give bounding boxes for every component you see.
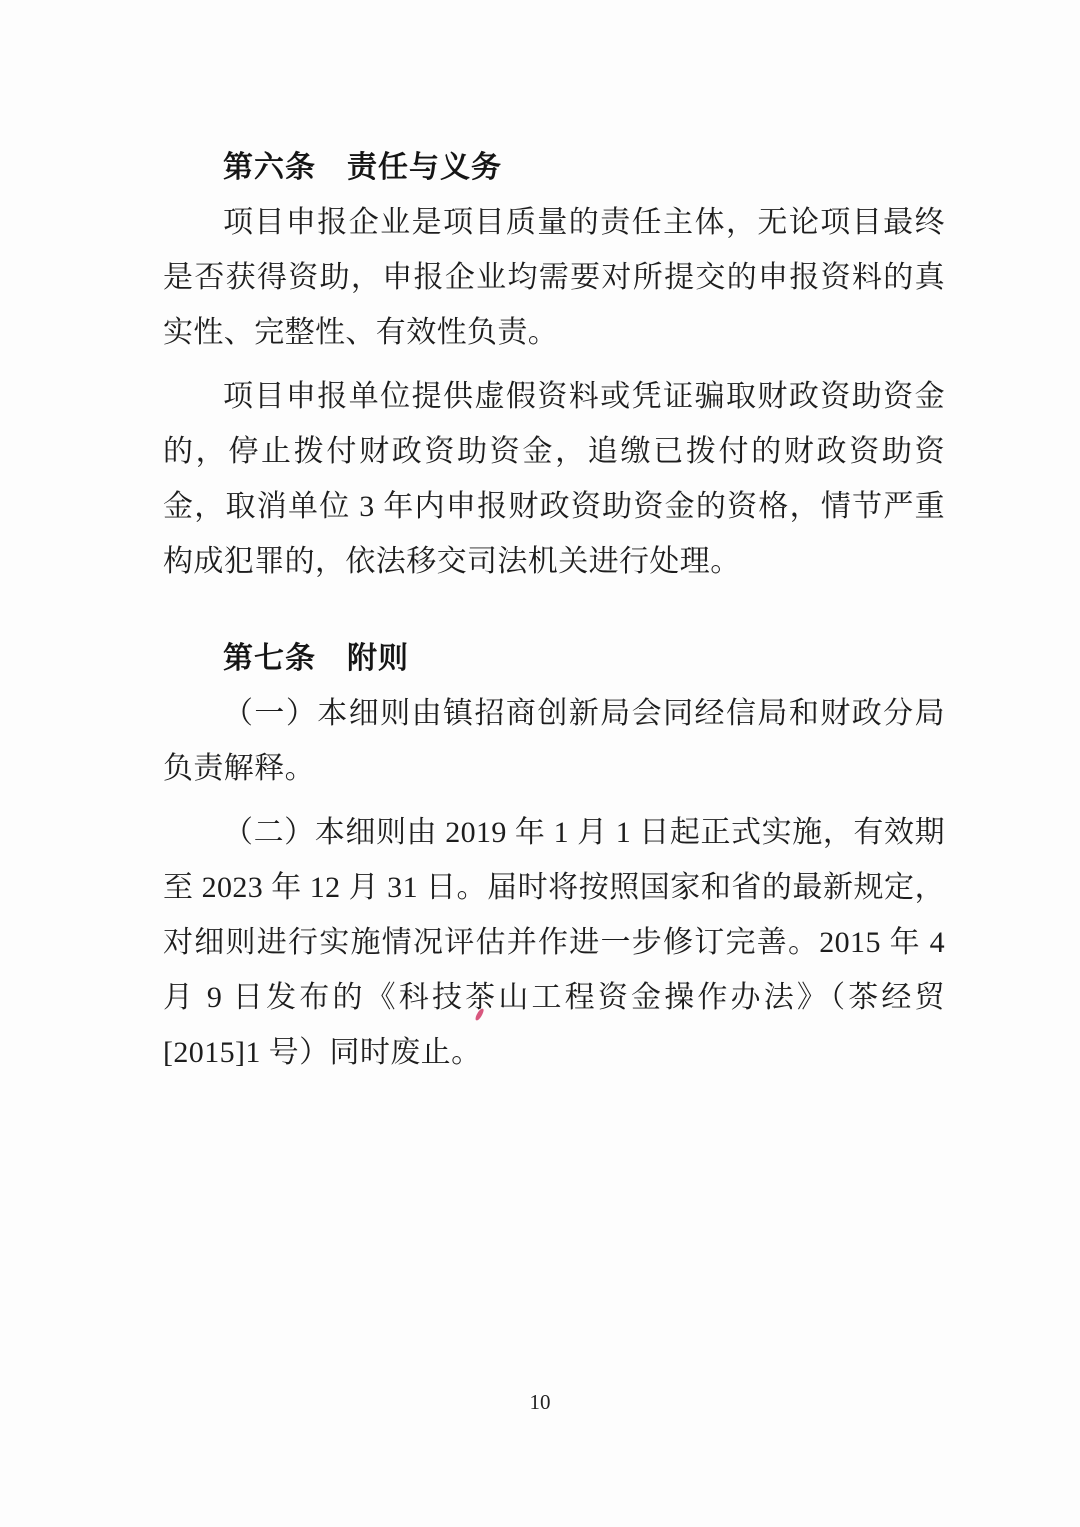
article-6-paragraph-1: 项目申报企业是项目质量的责任主体，无论项目最终是否获得资助，申报企业均需要对所提… [163, 195, 945, 360]
document-page: 第六条 责任与义务 项目申报企业是项目质量的责任主体，无论项目最终是否获得资助，… [0, 0, 1080, 1527]
article-7-paragraph-2: （二）本细则由 2019 年 1 月 1 日起正式实施，有效期至 2023 年 … [163, 805, 945, 1080]
article-7-heading: 第七条 附则 [163, 631, 945, 686]
article-7-paragraph-1: （一）本细则由镇招商创新局会同经信局和财政分局负责解释。 [163, 686, 945, 796]
article-6-paragraph-2: 项目申报单位提供虚假资料或凭证骗取财政资助资金的，停止拨付财政资助资金，追缴已拨… [163, 369, 945, 589]
page-number: 10 [0, 1390, 1080, 1414]
article-6-heading: 第六条 责任与义务 [163, 140, 945, 195]
document-content: 第六条 责任与义务 项目申报企业是项目质量的责任主体，无论项目最终是否获得资助，… [163, 140, 945, 1089]
